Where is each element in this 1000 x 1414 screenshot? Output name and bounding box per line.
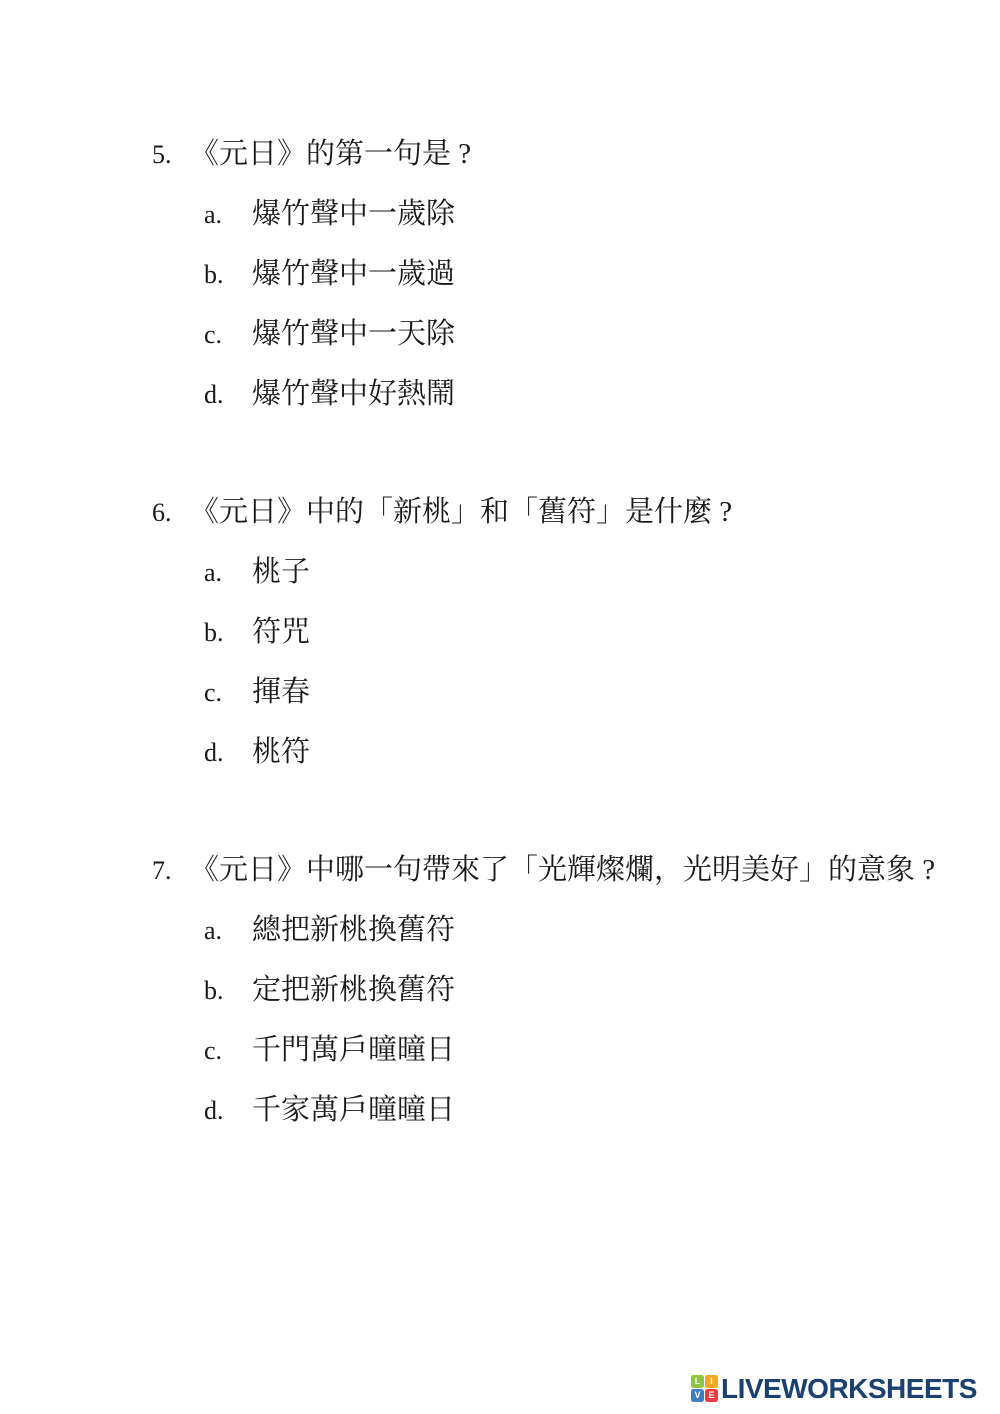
questions-list: 5. 《元日》的第一句是 ? a. 爆竹聲中一歲除 b. 爆竹聲中一歲過 c. …	[0, 0, 1000, 1125]
option-letter: a.	[204, 200, 252, 230]
option-c[interactable]: c. 千門萬戶曈曈日	[0, 1035, 1000, 1065]
option-b[interactable]: b. 定把新桃換舊符	[0, 975, 1000, 1005]
option-text: 千門萬戶曈曈日	[252, 1035, 455, 1065]
logo-tile-l: L	[691, 1375, 704, 1388]
option-text: 符咒	[252, 617, 310, 647]
liveworksheets-tiles-icon: L I V E	[691, 1375, 718, 1402]
worksheet-page: 5. 《元日》的第一句是 ? a. 爆竹聲中一歲除 b. 爆竹聲中一歲過 c. …	[0, 0, 1000, 1414]
option-letter: b.	[204, 618, 252, 648]
question-header: 6. 《元日》中的「新桃」和「舊符」是什麼 ?	[0, 497, 1000, 527]
option-letter: d.	[204, 1096, 252, 1126]
option-text: 桃子	[252, 557, 310, 587]
logo-tile-v: V	[691, 1389, 704, 1402]
question-header: 5. 《元日》的第一句是 ?	[0, 139, 1000, 169]
option-text: 桃符	[252, 737, 310, 767]
option-text: 定把新桃換舊符	[252, 975, 455, 1005]
question-block-5: 5. 《元日》的第一句是 ? a. 爆竹聲中一歲除 b. 爆竹聲中一歲過 c. …	[0, 139, 1000, 409]
option-a[interactable]: a. 總把新桃換舊符	[0, 915, 1000, 945]
question-block-6: 6. 《元日》中的「新桃」和「舊符」是什麼 ? a. 桃子 b. 符咒 c. 揮…	[0, 497, 1000, 767]
option-letter: c.	[204, 678, 252, 708]
option-text: 爆竹聲中好熱鬧	[252, 379, 455, 409]
option-b[interactable]: b. 爆竹聲中一歲過	[0, 259, 1000, 289]
liveworksheets-logo[interactable]: L I V E LIVEWORKSHEETS	[691, 1374, 977, 1403]
question-number: 5.	[152, 140, 190, 170]
option-d[interactable]: d. 爆竹聲中好熱鬧	[0, 379, 1000, 409]
brand-text: LIVEWORKSHEETS	[721, 1374, 977, 1403]
question-text: 《元日》中的「新桃」和「舊符」是什麼 ?	[190, 497, 732, 527]
option-text: 揮春	[252, 677, 310, 707]
option-a[interactable]: a. 爆竹聲中一歲除	[0, 199, 1000, 229]
option-letter: b.	[204, 260, 252, 290]
option-letter: d.	[204, 380, 252, 410]
logo-tile-e: E	[705, 1389, 718, 1402]
option-text: 爆竹聲中一歲除	[252, 199, 455, 229]
question-header: 7. 《元日》中哪一句帶來了「光輝燦爛，光明美好」的意象 ?	[0, 855, 1000, 885]
option-letter: d.	[204, 738, 252, 768]
option-letter: c.	[204, 320, 252, 350]
question-number: 7.	[152, 856, 190, 886]
option-d[interactable]: d. 千家萬戶曈曈日	[0, 1095, 1000, 1125]
option-letter: c.	[204, 1036, 252, 1066]
option-letter: a.	[204, 916, 252, 946]
option-letter: a.	[204, 558, 252, 588]
option-text: 爆竹聲中一歲過	[252, 259, 455, 289]
logo-tile-i: I	[705, 1375, 718, 1388]
option-text: 爆竹聲中一天除	[252, 319, 455, 349]
question-number: 6.	[152, 498, 190, 528]
option-text: 總把新桃換舊符	[252, 915, 455, 945]
option-a[interactable]: a. 桃子	[0, 557, 1000, 587]
question-block-7: 7. 《元日》中哪一句帶來了「光輝燦爛，光明美好」的意象 ? a. 總把新桃換舊…	[0, 855, 1000, 1125]
question-text: 《元日》中哪一句帶來了「光輝燦爛，光明美好」的意象 ?	[190, 855, 935, 885]
option-d[interactable]: d. 桃符	[0, 737, 1000, 767]
option-text: 千家萬戶曈曈日	[252, 1095, 455, 1125]
option-c[interactable]: c. 揮春	[0, 677, 1000, 707]
question-text: 《元日》的第一句是 ?	[190, 139, 471, 169]
option-b[interactable]: b. 符咒	[0, 617, 1000, 647]
option-letter: b.	[204, 976, 252, 1006]
option-c[interactable]: c. 爆竹聲中一天除	[0, 319, 1000, 349]
